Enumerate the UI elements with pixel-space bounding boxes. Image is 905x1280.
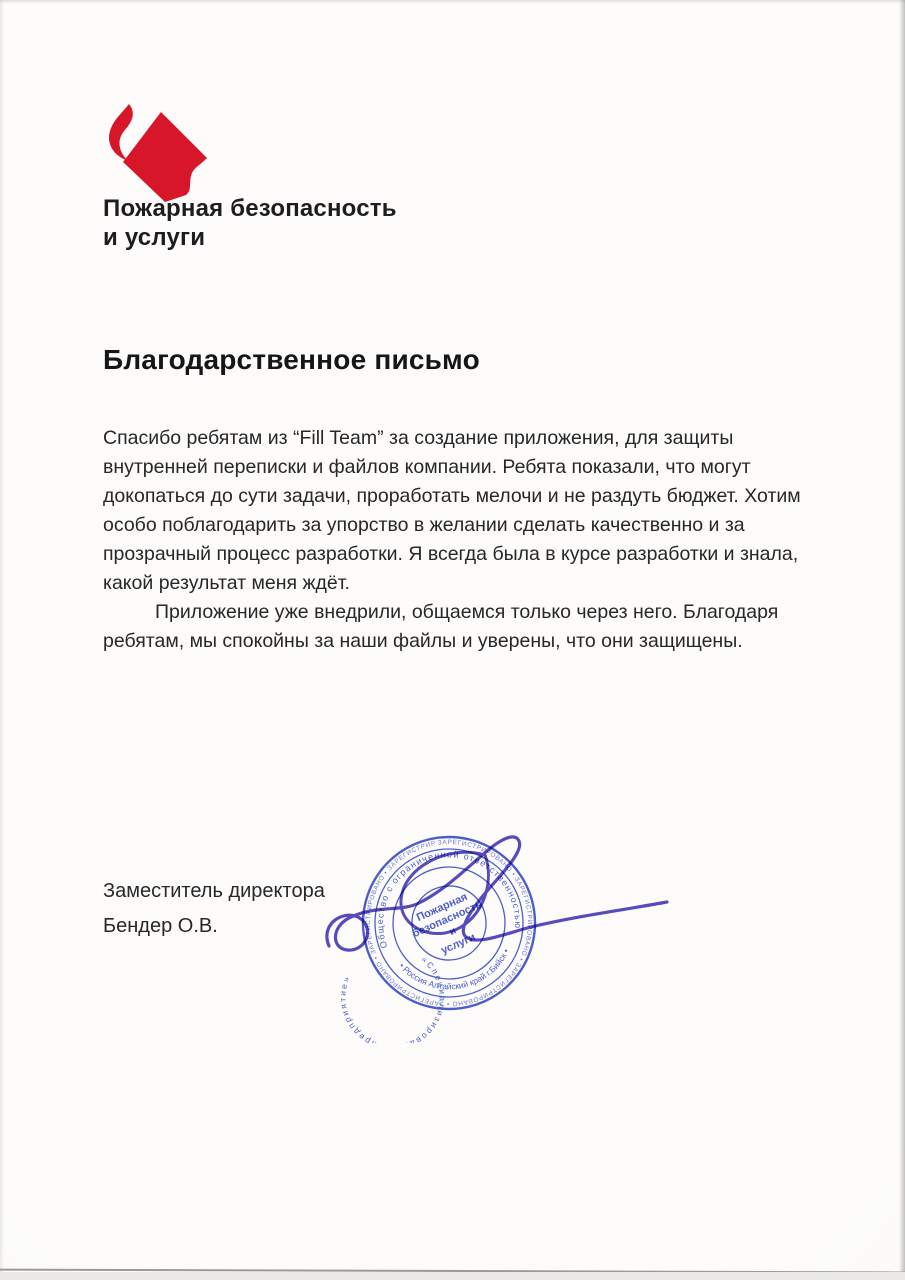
- company-name-line1: Пожарная безопасность: [103, 194, 397, 223]
- signature-main-stroke: [327, 837, 667, 950]
- company-name-line2: и услуги: [103, 223, 397, 252]
- scan-edge-right: [899, 0, 905, 1280]
- signature-loop-stroke: [401, 852, 489, 933]
- scan-edge-top: [0, 0, 905, 4]
- company-logo: [95, 98, 213, 208]
- letter-title: Благодарственное письмо: [103, 344, 480, 376]
- diamond-shape: [123, 112, 207, 202]
- signer-position: Заместитель директора: [103, 874, 325, 909]
- letter-paragraph-2: Приложение уже внедрили, общаемся только…: [103, 598, 818, 656]
- scanned-letter-page: Пожарная безопасность и услуги Благодарс…: [0, 0, 905, 1280]
- letter-paragraph-1: Спасибо ребятам из “Fill Team” за создан…: [103, 424, 818, 598]
- scan-edge-bottom: [0, 1272, 905, 1280]
- letter-body: Спасибо ребятам из “Fill Team” за создан…: [103, 424, 818, 656]
- flame-icon: [109, 104, 133, 161]
- signature-block: Заместитель директора Бендер О.В.: [103, 874, 325, 944]
- handwritten-signature: [315, 824, 680, 989]
- company-name: Пожарная безопасность и услуги: [103, 194, 397, 252]
- signer-name: Бендер О.В.: [103, 909, 325, 944]
- scan-edge-left: [0, 0, 4, 1280]
